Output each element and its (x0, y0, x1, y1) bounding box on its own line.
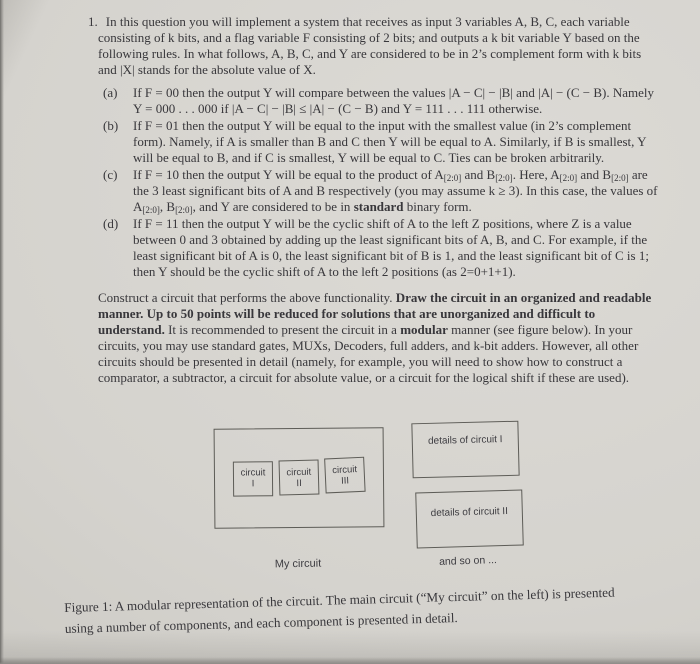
case-list: (a) If F = 00 then the output Y will com… (98, 85, 660, 280)
photographed-document-page: 1.In this question you will implement a … (0, 0, 700, 664)
details-circuit-1-label: details of circuit I (428, 432, 503, 450)
details-circuit-2-label: details of circuit II (430, 504, 508, 522)
case-d-label: (d) (103, 216, 118, 232)
case-b-text: If F = 01 then the output Y will be equa… (133, 118, 646, 165)
case-d-text: If F = 11 then the output Y will be the … (133, 216, 649, 279)
my-circuit-label: My circuit (214, 555, 382, 574)
case-d: (d) If F = 11 then the output Y will be … (133, 216, 660, 280)
circuit-3-box: circuit III (324, 456, 365, 493)
details-circuit-1-box: details of circuit I (411, 421, 519, 479)
case-c: (c) If F = 10 then the output Y will be … (133, 167, 660, 215)
and-so-on-label: and so on ... (408, 551, 528, 571)
case-c-text: If F = 10 then the output Y will be equa… (133, 167, 658, 214)
text-column: 1.In this question you will implement a … (98, 14, 660, 386)
case-a: (a) If F = 00 then the output Y will com… (133, 85, 660, 117)
case-b-label: (b) (103, 118, 118, 134)
figure-caption: Figure 1: A modular representation of th… (64, 580, 700, 639)
circuit-2-box: circuit II (279, 459, 320, 495)
details-circuit-2-box: details of circuit II (415, 490, 524, 549)
problem-intro: 1.In this question you will implement a … (98, 14, 660, 78)
construct-paragraph: Construct a circuit that performs the ab… (98, 290, 660, 386)
case-a-text: If F = 00 then the output Y will compare… (133, 85, 654, 116)
photo-left-edge (0, 0, 4, 664)
problem-number: 1. (88, 14, 106, 29)
case-c-label: (c) (103, 167, 117, 183)
circuit-1-box: circuit I (233, 461, 273, 496)
problem-intro-text: In this question you will implement a sy… (98, 14, 641, 77)
my-circuit-box: circuit I circuit II circuit III (214, 427, 385, 528)
case-a-label: (a) (103, 85, 117, 101)
photo-bottom-edge (0, 657, 700, 664)
case-b: (b) If F = 01 then the output Y will be … (133, 118, 660, 166)
